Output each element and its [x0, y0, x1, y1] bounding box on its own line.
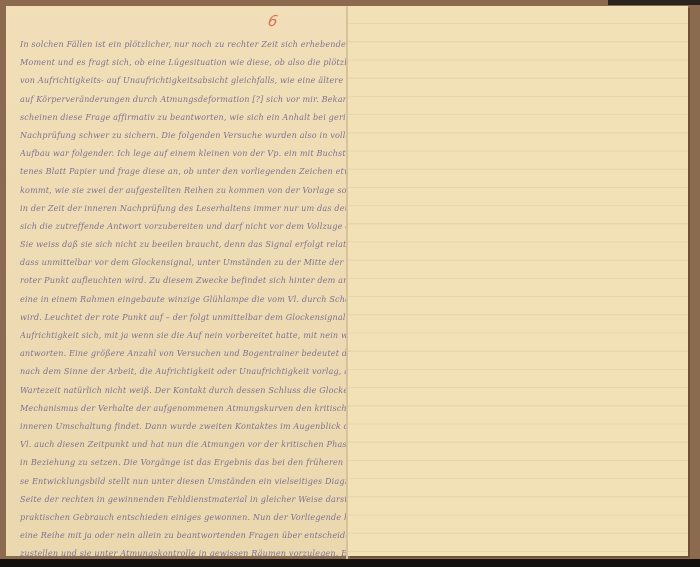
- text-line: Aufbau war folgender. Ich lege auf einem…: [20, 144, 346, 162]
- text-line: wird. Leuchtet der rote Punkt auf – der …: [20, 308, 346, 326]
- handwritten-text: In solchen Fällen ist ein plötzlicher, n…: [20, 35, 346, 562]
- text-line: Wartezeit natürlich nicht weiß. Der Kont…: [20, 381, 346, 399]
- text-line: Aufrichtigkeit sich, mit ja wenn sie die…: [20, 326, 346, 344]
- text-line: eine in einem Rahmen eingebaute winzige …: [20, 290, 346, 308]
- text-line: kommt, wie sie zwei der aufgestellten Re…: [20, 181, 346, 199]
- text-line: auf Körperveränderungen durch Atmungsdef…: [20, 90, 346, 108]
- text-line: Mechanismus der Verhalte der aufgenommen…: [20, 399, 346, 417]
- left-page: 6 In solchen Fällen ist ein plötzlicher,…: [6, 6, 346, 556]
- text-line: nach dem Sinne der Arbeit, die Aufrichti…: [20, 362, 346, 380]
- text-line: inneren Umschaltung findet. Dann wurde z…: [20, 417, 346, 435]
- text-line: roter Punkt aufleuchten wird. Zu diesem …: [20, 271, 346, 289]
- text-line: in der Zeit der inneren Nachprüfung des …: [20, 199, 346, 217]
- text-line: Vl. auch diesen Zeitpunkt und hat nun di…: [20, 435, 346, 453]
- page-number: 6: [266, 12, 279, 30]
- text-line: dass unmittelbar vor dem Glockensignal, …: [20, 253, 346, 271]
- text-line: sich die zutreffende Antwort vorzubereit…: [20, 217, 346, 235]
- scanner-edge-bottom: [0, 559, 700, 567]
- right-page-blank: [348, 6, 688, 556]
- text-line: von Aufrichtigkeits- auf Unaufrichtigkei…: [20, 71, 346, 89]
- text-line: Sie weiss daß sie sich nicht zu beeilen …: [20, 235, 346, 253]
- text-line: Seite der rechten in gewinnenden Fehldie…: [20, 490, 346, 508]
- text-line: In solchen Fällen ist ein plötzlicher, n…: [20, 35, 346, 53]
- text-line: Moment und es fragt sich, ob eine Lügesi…: [20, 53, 346, 71]
- text-line: antworten. Eine größere Anzahl von Versu…: [20, 344, 346, 362]
- text-line: eine Reihe mit ja oder nein allein zu be…: [20, 526, 346, 544]
- text-line: in Beziehung zu setzen. Die Vorgänge ist…: [20, 453, 346, 471]
- text-line: Nachprüfung schwer zu sichern. Die folge…: [20, 126, 346, 144]
- text-line: se Entwicklungsbild stellt nun unter die…: [20, 472, 346, 490]
- text-line: tenes Blatt Papier und frage diese an, o…: [20, 162, 346, 180]
- text-line: praktischen Gebrauch entschieden einiges…: [20, 508, 346, 526]
- text-line: scheinen diese Frage affirmativ zu beant…: [20, 108, 346, 126]
- scanner-edge: [608, 0, 700, 5]
